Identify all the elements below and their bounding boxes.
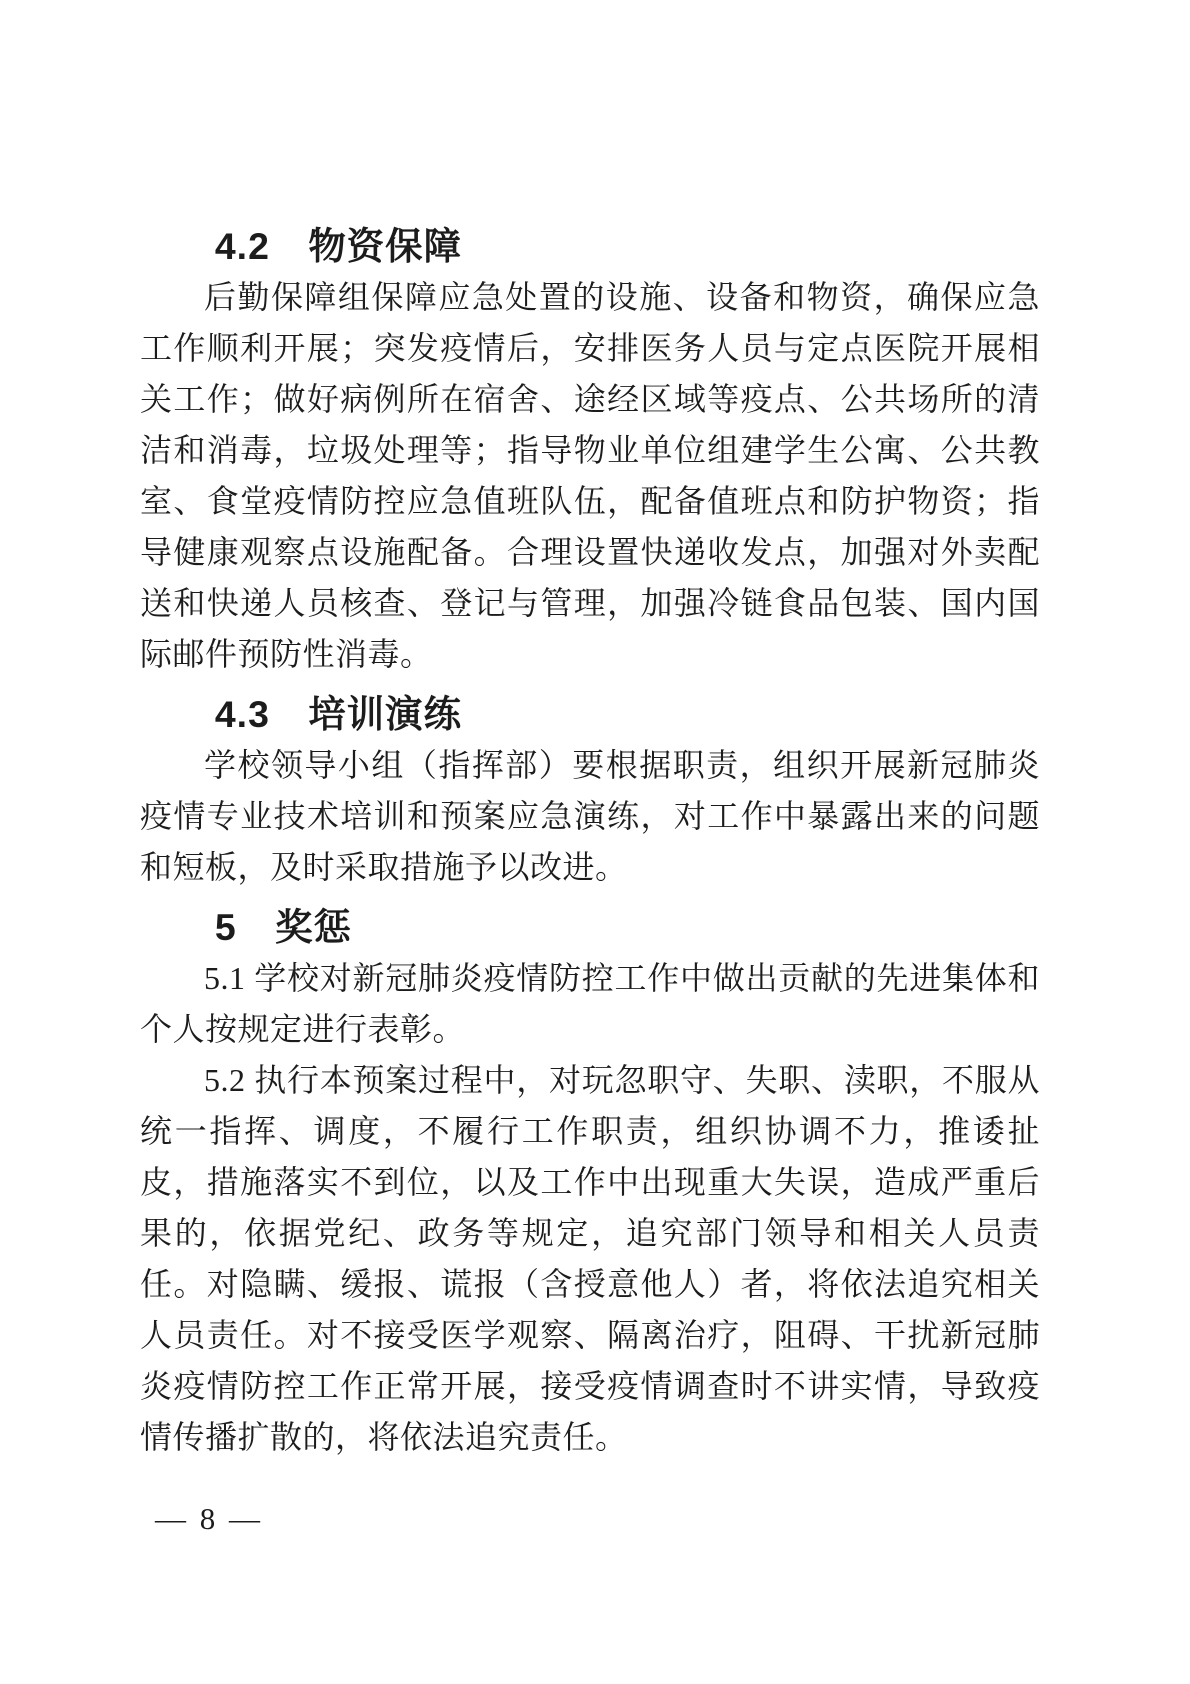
section-heading-4-2: 4.2 物资保障 — [140, 221, 1040, 272]
document-body: 4.2 物资保障 后勤保障组保障应急处置的设施、设备和物资，确保应急工作顺利开展… — [140, 212, 1040, 1463]
paragraph-logistics-support: 后勤保障组保障应急处置的设施、设备和物资，确保应急工作顺利开展；突发疫情后，安排… — [140, 272, 1040, 680]
section-heading-5: 5 奖惩 — [140, 902, 1040, 953]
document-page: 4.2 物资保障 后勤保障组保障应急处置的设施、设备和物资，确保应急工作顺利开展… — [0, 0, 1190, 1684]
paragraph-training-drill: 学校领导小组（指挥部）要根据职责，组织开展新冠肺炎疫情专业技术培训和预案应急演练… — [140, 740, 1040, 893]
page-number-footer: — 8 — — [155, 1497, 263, 1541]
section-heading-4-3: 4.3 培训演练 — [140, 689, 1040, 740]
paragraph-5-2-accountability: 5.2 执行本预案过程中，对玩忽职守、失职、渎职，不服从统一指挥、调度，不履行工… — [140, 1055, 1040, 1463]
paragraph-5-1-commendation: 5.1 学校对新冠肺炎疫情防控工作中做出贡献的先进集体和个人按规定进行表彰。 — [140, 953, 1040, 1055]
